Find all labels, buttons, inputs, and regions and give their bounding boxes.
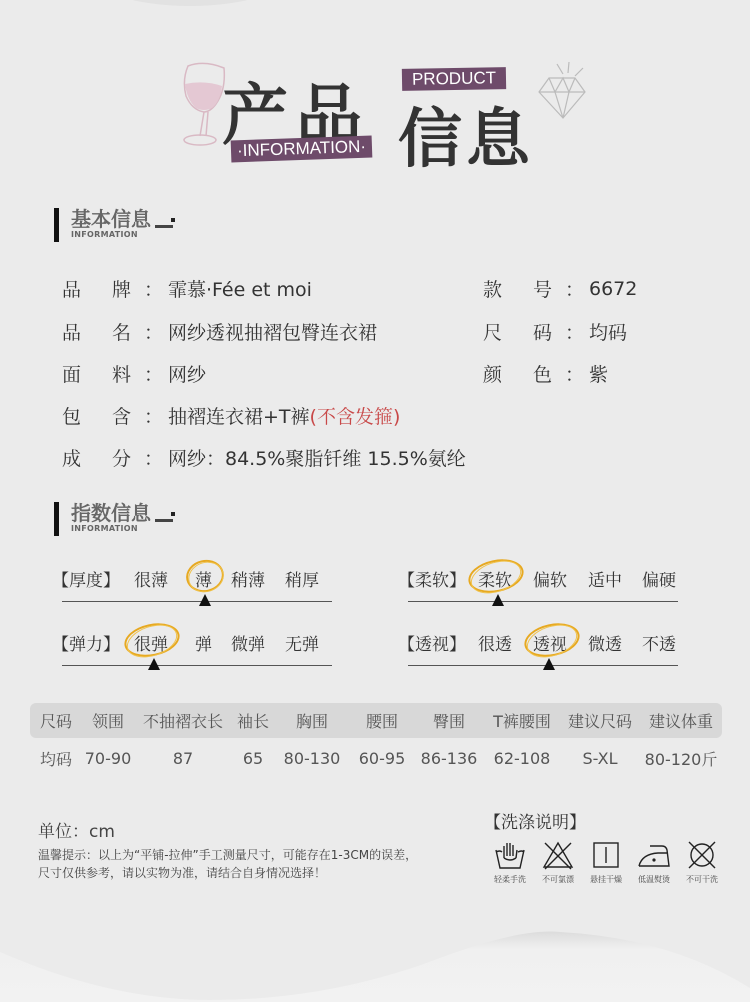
table-row: 均码 70-90 87 65 80-130 60-95 86-136 62-10… [30, 738, 722, 778]
wash-icons: 轻柔手洗 不可氯漂 [486, 838, 726, 885]
wine-glass-icon [180, 60, 228, 150]
scale-thickness: 【厚度】 很薄 薄 稍薄 稍厚 [52, 566, 332, 612]
info-label: 包 [62, 402, 112, 429]
low-iron-icon [636, 840, 672, 870]
pointer-arrow-icon [148, 658, 160, 670]
table-cell: 86-136 [414, 749, 484, 768]
info-colon: ： [565, 318, 589, 345]
info-label: 码 [533, 318, 565, 345]
index-info-subtitle: INFORMATION [71, 524, 173, 533]
scale-option: 稍厚 [285, 566, 319, 591]
banner-title-part2: 信息 [398, 88, 534, 180]
wash-label: 悬挂干燥 [582, 874, 630, 885]
info-colon: ： [144, 402, 168, 429]
header-cell: 不抽褶衣长 [134, 709, 232, 732]
info-label: 面 [62, 360, 112, 387]
title-banner: 产品 PRODUCT 信息 ·INFORMATION· [0, 0, 750, 190]
info-row-color: 颜 色 ： 紫 [483, 360, 608, 387]
info-value-color: 紫 [589, 360, 608, 387]
info-value-fabric: 网纱 [168, 360, 206, 387]
scale-label: 【厚度】 [52, 566, 120, 591]
basic-info-title: 基本信息 [71, 208, 151, 230]
scale-option: 不透 [642, 630, 676, 655]
pointer-arrow-icon [543, 658, 555, 670]
info-row-composition: 成 分 ： 网纱：84.5%聚脂钎维 15.5%氨纶 [62, 444, 466, 471]
info-colon: ： [565, 275, 589, 302]
info-label: 色 [533, 360, 565, 387]
info-colon: ： [565, 360, 589, 387]
scale-option: 很透 [478, 630, 512, 655]
info-label: 含 [112, 402, 144, 429]
wash-label: 不可干洗 [678, 874, 726, 885]
header-cell: 腰围 [350, 709, 414, 732]
info-label: 牌 [112, 275, 144, 302]
heading-mark-icon [155, 519, 173, 522]
info-value-name: 网纱透视抽褶包臀连衣裙 [168, 318, 377, 345]
info-row-fabric: 面 料 ： 网纱 [62, 360, 206, 387]
index-info-heading: 指数信息 INFORMATION [54, 502, 173, 536]
scale-label: 【弹力】 [52, 630, 120, 655]
header-cell: 建议尺码 [560, 709, 640, 732]
basic-info-subtitle: INFORMATION [71, 230, 173, 239]
table-cell: 均码 [30, 747, 82, 770]
hang-dry-icon [591, 840, 621, 870]
table-cell: 80-120斤 [640, 747, 722, 770]
index-info-title: 指数信息 [71, 502, 151, 524]
scale-option: 适中 [588, 566, 622, 591]
scale-option: 很薄 [134, 566, 168, 591]
product-info-page: 产品 PRODUCT 信息 ·INFORMATION· 基本信息 INFORMA… [0, 0, 750, 1002]
no-dry-clean-icon [686, 839, 718, 871]
scale-transparency: 【透视】 很透 透视 微透 不透 [398, 630, 678, 676]
info-value-size: 均码 [589, 318, 627, 345]
diamond-icon [535, 62, 591, 122]
info-label: 料 [112, 360, 144, 387]
info-label: 名 [112, 318, 144, 345]
scale-option: 微透 [588, 630, 622, 655]
wash-label: 不可氯漂 [534, 874, 582, 885]
wash-item-hand-wash: 轻柔手洗 [486, 838, 534, 885]
scale-option: 偏硬 [642, 566, 676, 591]
header-cell: 臀围 [414, 709, 484, 732]
info-label: 款 [483, 275, 533, 302]
header-cell: 建议体重 [640, 709, 722, 732]
size-table: 尺码 领围 不抽褶衣长 袖长 胸围 腰围 臀围 T裤腰围 建议尺码 建议体重 均… [30, 703, 722, 778]
info-value-brand: 霏慕·Fée et moi [168, 275, 312, 302]
wash-title: 【洗涤说明】 [484, 808, 586, 833]
table-cell: 80-130 [274, 749, 350, 768]
info-colon: ： [144, 444, 168, 471]
info-colon: ： [144, 275, 168, 302]
size-table-header: 尺码 领围 不抽褶衣长 袖长 胸围 腰围 臀围 T裤腰围 建议尺码 建议体重 [30, 703, 722, 738]
scale-line [408, 601, 678, 602]
info-label: 号 [533, 275, 565, 302]
scale-softness: 【柔软】 柔软 偏软 适中 偏硬 [398, 566, 678, 612]
table-cell: 65 [232, 749, 274, 768]
unit-label: 单位：cm [38, 817, 115, 842]
scale-line [62, 665, 332, 666]
info-colon: ： [144, 360, 168, 387]
info-value-includes: 抽褶连衣裙+T裤 [168, 402, 310, 429]
basic-info-heading: 基本信息 INFORMATION [54, 208, 173, 242]
pointer-arrow-icon [199, 594, 211, 606]
table-cell: 87 [134, 749, 232, 768]
selection-ring-icon [184, 557, 228, 597]
scale-option: 稍薄 [231, 566, 265, 591]
scale-option: 偏软 [533, 566, 567, 591]
bottom-wave-decoration [0, 900, 750, 1002]
wash-label: 低温熨烫 [630, 874, 678, 885]
info-label: 成 [62, 444, 112, 471]
info-label: 尺 [483, 318, 533, 345]
header-cell: 袖长 [232, 709, 274, 732]
wash-item-low-iron: 低温熨烫 [630, 838, 678, 885]
header-cell: 胸围 [274, 709, 350, 732]
header-cell: T裤腰围 [484, 709, 560, 732]
info-row-includes: 包 含 ： 抽褶连衣裙+T裤(不含发箍) [62, 402, 400, 429]
scale-elasticity: 【弹力】 很弹 弹 微弹 无弹 [52, 630, 332, 676]
heading-mark-icon [155, 225, 173, 228]
info-value-note: (不含发箍) [310, 402, 401, 429]
scale-line [62, 601, 332, 602]
table-cell: 60-95 [350, 749, 414, 768]
info-value-style-no: 6672 [589, 278, 637, 300]
info-row-size: 尺 码 ： 均码 [483, 318, 627, 345]
measurement-tip: 温馨提示：以上为“平铺-拉伸”手工测量尺寸，可能存在1-3CM的误差， 尺寸仅供… [38, 846, 468, 882]
wash-item-hang-dry: 悬挂干燥 [582, 838, 630, 885]
scale-option: 无弹 [285, 630, 319, 655]
scale-label: 【柔软】 [398, 566, 466, 591]
scale-label: 【透视】 [398, 630, 466, 655]
info-colon: ： [144, 318, 168, 345]
header-cell: 尺码 [30, 709, 82, 732]
info-row-brand: 品 牌 ： 霏慕·Fée et moi [62, 275, 312, 302]
tip-line-1: 温馨提示：以上为“平铺-拉伸”手工测量尺寸，可能存在1-3CM的误差， [38, 846, 468, 864]
wash-item-no-bleach: 不可氯漂 [534, 838, 582, 885]
banner-tag-information: ·INFORMATION· [231, 136, 373, 163]
hand-wash-icon [494, 840, 526, 870]
info-label: 分 [112, 444, 144, 471]
wash-label: 轻柔手洗 [486, 874, 534, 885]
info-row-style-no: 款 号 ： 6672 [483, 275, 637, 302]
no-bleach-icon [542, 840, 574, 870]
header-cell: 领围 [82, 709, 134, 732]
pointer-arrow-icon [492, 594, 504, 606]
info-label: 品 [62, 275, 112, 302]
scale-option: 弹 [195, 630, 212, 655]
wash-item-no-dry-clean: 不可干洗 [678, 838, 726, 885]
info-label: 颜 [483, 360, 533, 387]
tip-line-2: 尺寸仅供参考，请以实物为准，请结合自身情况选择！ [38, 864, 468, 882]
info-label: 品 [62, 318, 112, 345]
scale-option: 微弹 [231, 630, 265, 655]
info-row-name: 品 名 ： 网纱透视抽褶包臀连衣裙 [62, 318, 377, 345]
table-cell: S-XL [560, 749, 640, 768]
table-cell: 62-108 [484, 749, 560, 768]
info-value-composition: 网纱：84.5%聚脂钎维 15.5%氨纶 [168, 444, 466, 471]
table-cell: 70-90 [82, 749, 134, 768]
